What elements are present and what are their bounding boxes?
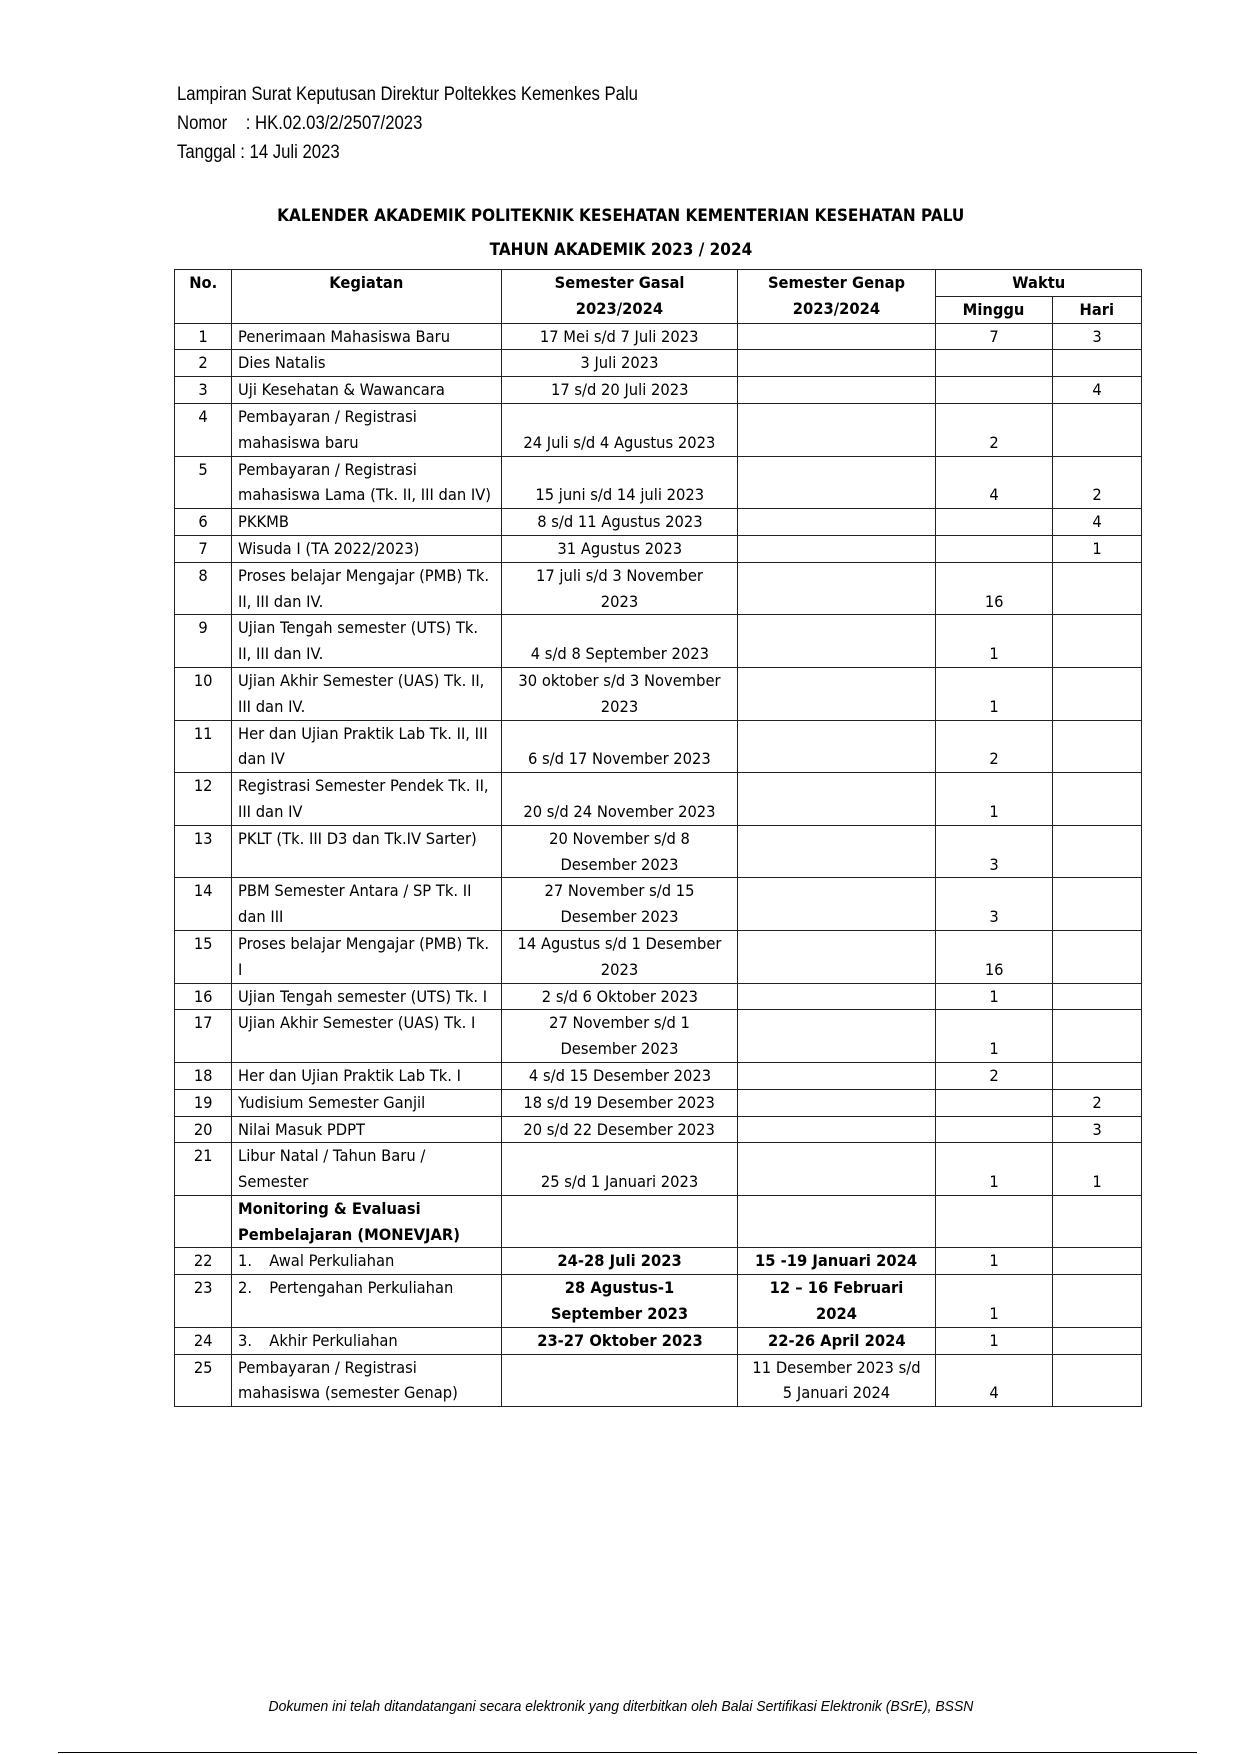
row-minggu bbox=[936, 350, 1053, 377]
electronic-signature-note: Dokumen ini telah ditandatangani secara … bbox=[0, 1698, 1241, 1715]
row-number: 17 bbox=[175, 1010, 232, 1063]
table-row: 7Wisuda I (TA 2022/2023)31 Agustus 20231 bbox=[175, 535, 1142, 562]
row-hari: 3 bbox=[1053, 323, 1142, 350]
row-kegiatan: Yudisium Semester Ganjil bbox=[232, 1089, 502, 1116]
row-hari bbox=[1053, 350, 1142, 377]
row-number: 25 bbox=[175, 1354, 232, 1407]
row-semester-genap bbox=[738, 350, 936, 377]
row-minggu: 4 bbox=[936, 1354, 1053, 1407]
row-number: 15 bbox=[175, 930, 232, 983]
row-number: 2 bbox=[175, 350, 232, 377]
row-semester-gasal: 2 s/d 6 Oktober 2023 bbox=[502, 983, 738, 1010]
row-semester-genap: 12 – 16 Februari 2024 bbox=[738, 1275, 936, 1328]
empty-cell bbox=[1053, 1195, 1142, 1248]
row-kegiatan: Pembayaran / Registrasi mahasiswa baru bbox=[232, 403, 502, 456]
table-row: 8Proses belajar Mengajar (PMB) Tk. II, I… bbox=[175, 562, 1142, 615]
row-semester-genap bbox=[738, 773, 936, 826]
table-row: 221.Awal Perkuliahan24-28 Juli 202315 -1… bbox=[175, 1248, 1142, 1275]
row-number: 22 bbox=[175, 1248, 232, 1275]
row-semester-gasal: 20 s/d 24 November 2023 bbox=[502, 773, 738, 826]
row-kegiatan: 2.Pertengahan Perkuliahan bbox=[232, 1275, 502, 1328]
row-semester-gasal: 17 Mei s/d 7 Juli 2023 bbox=[502, 323, 738, 350]
empty-cell bbox=[738, 1195, 936, 1248]
row-minggu: 2 bbox=[936, 1062, 1053, 1089]
row-semester-gasal bbox=[502, 1354, 738, 1407]
table-row: 12Registrasi Semester Pendek Tk. II, III… bbox=[175, 773, 1142, 826]
row-semester-genap: 11 Desember 2023 s/d 5 Januari 2024 bbox=[738, 1354, 936, 1407]
row-number: 7 bbox=[175, 535, 232, 562]
row-semester-gasal: 23-27 Oktober 2023 bbox=[502, 1327, 738, 1354]
row-kegiatan: Libur Natal / Tahun Baru / Semester bbox=[232, 1143, 502, 1196]
table-row: 3Uji Kesehatan & Wawancara17 s/d 20 Juli… bbox=[175, 377, 1142, 404]
tanggal-label: Tanggal : bbox=[177, 142, 245, 163]
row-semester-gasal: 20 November s/d 8 Desember 2023 bbox=[502, 825, 738, 878]
row-kegiatan: Nilai Masuk PDPT bbox=[232, 1116, 502, 1143]
letter-header-nomor: Nomor : HK.02.03/2/2507/2023 bbox=[177, 109, 638, 138]
header-waktu: Waktu bbox=[936, 270, 1142, 297]
row-minggu bbox=[936, 535, 1053, 562]
row-kegiatan: PKKMB bbox=[232, 509, 502, 536]
row-minggu: 16 bbox=[936, 930, 1053, 983]
row-minggu: 1 bbox=[936, 1327, 1053, 1354]
row-semester-gasal: 25 s/d 1 Januari 2023 bbox=[502, 1143, 738, 1196]
header-semester-genap: Semester Genap2023/2024 bbox=[738, 270, 936, 324]
footer-divider bbox=[58, 1752, 1197, 1753]
row-semester-gasal: 30 oktober s/d 3 November 2023 bbox=[502, 667, 738, 720]
row-minggu: 3 bbox=[936, 825, 1053, 878]
table-row: 16Ujian Tengah semester (UTS) Tk. I2 s/d… bbox=[175, 983, 1142, 1010]
table-row: 243.Akhir Perkuliahan23-27 Oktober 20232… bbox=[175, 1327, 1142, 1354]
row-semester-genap bbox=[738, 1143, 936, 1196]
list-index: 1. bbox=[238, 1248, 269, 1274]
row-hari bbox=[1053, 878, 1142, 931]
table-row: 25Pembayaran / Registrasi mahasiswa (sem… bbox=[175, 1354, 1142, 1407]
row-semester-genap bbox=[738, 456, 936, 509]
row-hari: 1 bbox=[1053, 535, 1142, 562]
row-hari: 4 bbox=[1053, 377, 1142, 404]
row-hari bbox=[1053, 615, 1142, 668]
row-semester-gasal: 24 Juli s/d 4 Agustus 2023 bbox=[502, 403, 738, 456]
header-hari: Hari bbox=[1053, 296, 1142, 323]
row-minggu bbox=[936, 1116, 1053, 1143]
row-number: 4 bbox=[175, 403, 232, 456]
table-row: 17Ujian Akhir Semester (UAS) Tk. I27 Nov… bbox=[175, 1010, 1142, 1063]
row-semester-genap bbox=[738, 667, 936, 720]
table-row: 21Libur Natal / Tahun Baru / Semester25 … bbox=[175, 1143, 1142, 1196]
row-semester-gasal: 6 s/d 17 November 2023 bbox=[502, 720, 738, 773]
row-minggu: 16 bbox=[936, 562, 1053, 615]
row-minggu: 4 bbox=[936, 456, 1053, 509]
table-row: 2Dies Natalis3 Juli 2023 bbox=[175, 350, 1142, 377]
table-row: 4Pembayaran / Registrasi mahasiswa baru2… bbox=[175, 403, 1142, 456]
row-number: 13 bbox=[175, 825, 232, 878]
table-row: 13PKLT (Tk. III D3 dan Tk.IV Sarter)20 N… bbox=[175, 825, 1142, 878]
row-number: 23 bbox=[175, 1275, 232, 1328]
row-semester-gasal: 27 November s/d 15 Desember 2023 bbox=[502, 878, 738, 931]
row-number: 16 bbox=[175, 983, 232, 1010]
row-hari: 2 bbox=[1053, 456, 1142, 509]
row-hari bbox=[1053, 1275, 1142, 1328]
row-number: 19 bbox=[175, 1089, 232, 1116]
row-hari bbox=[1053, 720, 1142, 773]
row-kegiatan: Ujian Akhir Semester (UAS) Tk. I bbox=[232, 1010, 502, 1063]
row-minggu: 1 bbox=[936, 1275, 1053, 1328]
row-number: 12 bbox=[175, 773, 232, 826]
table-header-row: No. Kegiatan Semester Gasal2023/2024 Sem… bbox=[175, 270, 1142, 297]
row-semester-genap bbox=[738, 1116, 936, 1143]
letter-header: Lampiran Surat Keputusan Direktur Poltek… bbox=[177, 80, 638, 167]
row-kegiatan: PBM Semester Antara / SP Tk. II dan III bbox=[232, 878, 502, 931]
row-semester-genap bbox=[738, 825, 936, 878]
monevjar-heading: Monitoring & Evaluasi Pembelajaran (MONE… bbox=[232, 1195, 502, 1248]
table-row: 1Penerimaan Mahasiswa Baru17 Mei s/d 7 J… bbox=[175, 323, 1142, 350]
row-semester-gasal: 27 November s/d 1 Desember 2023 bbox=[502, 1010, 738, 1063]
row-semester-gasal: 4 s/d 15 Desember 2023 bbox=[502, 1062, 738, 1089]
row-kegiatan: Ujian Tengah semester (UTS) Tk. I bbox=[232, 983, 502, 1010]
row-minggu: 1 bbox=[936, 773, 1053, 826]
row-number: 24 bbox=[175, 1327, 232, 1354]
row-hari bbox=[1053, 1354, 1142, 1407]
table-row: 19Yudisium Semester Ganjil18 s/d 19 Dese… bbox=[175, 1089, 1142, 1116]
row-hari bbox=[1053, 403, 1142, 456]
row-hari bbox=[1053, 1248, 1142, 1275]
empty-cell bbox=[502, 1195, 738, 1248]
row-number: 18 bbox=[175, 1062, 232, 1089]
table-row: 9Ujian Tengah semester (UTS) Tk. II, III… bbox=[175, 615, 1142, 668]
row-semester-genap bbox=[738, 1062, 936, 1089]
row-semester-genap: 15 -19 Januari 2024 bbox=[738, 1248, 936, 1275]
row-number: 9 bbox=[175, 615, 232, 668]
row-semester-genap: 22-26 April 2024 bbox=[738, 1327, 936, 1354]
row-minggu: 1 bbox=[936, 1010, 1053, 1063]
row-kegiatan: Proses belajar Mengajar (PMB) Tk. I bbox=[232, 930, 502, 983]
row-minggu: 2 bbox=[936, 720, 1053, 773]
table-row: 14PBM Semester Antara / SP Tk. II dan II… bbox=[175, 878, 1142, 931]
table-row: 11Her dan Ujian Praktik Lab Tk. II, III … bbox=[175, 720, 1142, 773]
row-number: 6 bbox=[175, 509, 232, 536]
row-hari bbox=[1053, 1327, 1142, 1354]
table-row: 5Pembayaran / Registrasi mahasiswa Lama … bbox=[175, 456, 1142, 509]
row-semester-gasal: 17 juli s/d 3 November 2023 bbox=[502, 562, 738, 615]
row-kegiatan: Pembayaran / Registrasi mahasiswa (semes… bbox=[232, 1354, 502, 1407]
row-semester-gasal: 14 Agustus s/d 1 Desember 2023 bbox=[502, 930, 738, 983]
row-semester-genap bbox=[738, 562, 936, 615]
table-row: 10Ujian Akhir Semester (UAS) Tk. II, III… bbox=[175, 667, 1142, 720]
row-kegiatan: Registrasi Semester Pendek Tk. II, III d… bbox=[232, 773, 502, 826]
row-number bbox=[175, 1195, 232, 1248]
row-hari bbox=[1053, 983, 1142, 1010]
row-semester-genap bbox=[738, 615, 936, 668]
row-number: 3 bbox=[175, 377, 232, 404]
row-semester-genap bbox=[738, 1089, 936, 1116]
row-semester-genap bbox=[738, 878, 936, 931]
list-text: Awal Perkuliahan bbox=[269, 1248, 394, 1274]
row-kegiatan: Wisuda I (TA 2022/2023) bbox=[232, 535, 502, 562]
empty-cell bbox=[936, 1195, 1053, 1248]
row-number: 20 bbox=[175, 1116, 232, 1143]
row-kegiatan: 1.Awal Perkuliahan bbox=[232, 1248, 502, 1275]
row-kegiatan: Proses belajar Mengajar (PMB) Tk. II, II… bbox=[232, 562, 502, 615]
row-minggu: 7 bbox=[936, 323, 1053, 350]
row-number: 11 bbox=[175, 720, 232, 773]
row-kegiatan: Her dan Ujian Praktik Lab Tk. II, III da… bbox=[232, 720, 502, 773]
row-semester-gasal: 18 s/d 19 Desember 2023 bbox=[502, 1089, 738, 1116]
row-hari bbox=[1053, 1062, 1142, 1089]
letter-header-tanggal: Tanggal : 14 Juli 2023 bbox=[177, 138, 638, 167]
row-number: 1 bbox=[175, 323, 232, 350]
row-minggu: 1 bbox=[936, 983, 1053, 1010]
row-semester-gasal: 3 Juli 2023 bbox=[502, 350, 738, 377]
nomor-value: HK.02.03/2/2507/2023 bbox=[255, 113, 422, 134]
row-number: 14 bbox=[175, 878, 232, 931]
table-row: 18Her dan Ujian Praktik Lab Tk. I4 s/d 1… bbox=[175, 1062, 1142, 1089]
row-semester-genap bbox=[738, 509, 936, 536]
academic-calendar-table: No. Kegiatan Semester Gasal2023/2024 Sem… bbox=[174, 269, 1142, 1407]
row-hari: 3 bbox=[1053, 1116, 1142, 1143]
monevjar-heading-row: Monitoring & Evaluasi Pembelajaran (MONE… bbox=[175, 1195, 1142, 1248]
row-semester-gasal: 20 s/d 22 Desember 2023 bbox=[502, 1116, 738, 1143]
row-semester-genap bbox=[738, 1010, 936, 1063]
row-semester-gasal: 31 Agustus 2023 bbox=[502, 535, 738, 562]
row-hari: 4 bbox=[1053, 509, 1142, 536]
row-semester-genap bbox=[738, 535, 936, 562]
list-text: Akhir Perkuliahan bbox=[269, 1328, 397, 1354]
header-no: No. bbox=[175, 270, 232, 324]
table-row: 20Nilai Masuk PDPT20 s/d 22 Desember 202… bbox=[175, 1116, 1142, 1143]
row-hari bbox=[1053, 773, 1142, 826]
row-semester-gasal: 28 Agustus-1 September 2023 bbox=[502, 1275, 738, 1328]
row-hari bbox=[1053, 667, 1142, 720]
row-semester-gasal: 8 s/d 11 Agustus 2023 bbox=[502, 509, 738, 536]
row-number: 5 bbox=[175, 456, 232, 509]
row-kegiatan: PKLT (Tk. III D3 dan Tk.IV Sarter) bbox=[232, 825, 502, 878]
document-subtitle: TAHUN AKADEMIK 2023 / 2024 bbox=[0, 240, 1241, 260]
row-semester-gasal: 24-28 Juli 2023 bbox=[502, 1248, 738, 1275]
row-minggu bbox=[936, 377, 1053, 404]
row-number: 21 bbox=[175, 1143, 232, 1196]
row-minggu: 1 bbox=[936, 667, 1053, 720]
header-kegiatan: Kegiatan bbox=[232, 270, 502, 324]
row-semester-gasal: 17 s/d 20 Juli 2023 bbox=[502, 377, 738, 404]
row-semester-genap bbox=[738, 403, 936, 456]
row-kegiatan: Her dan Ujian Praktik Lab Tk. I bbox=[232, 1062, 502, 1089]
row-minggu bbox=[936, 509, 1053, 536]
row-kegiatan: Ujian Tengah semester (UTS) Tk. II, III … bbox=[232, 615, 502, 668]
document-title: KALENDER AKADEMIK POLITEKNIK KESEHATAN K… bbox=[0, 206, 1241, 226]
row-minggu: 1 bbox=[936, 615, 1053, 668]
row-hari bbox=[1053, 562, 1142, 615]
row-minggu: 2 bbox=[936, 403, 1053, 456]
row-kegiatan: Penerimaan Mahasiswa Baru bbox=[232, 323, 502, 350]
header-semester-gasal: Semester Gasal2023/2024 bbox=[502, 270, 738, 324]
list-text: Pertengahan Perkuliahan bbox=[269, 1275, 453, 1301]
row-minggu bbox=[936, 1089, 1053, 1116]
row-semester-genap bbox=[738, 323, 936, 350]
row-semester-genap bbox=[738, 377, 936, 404]
row-kegiatan: 3.Akhir Perkuliahan bbox=[232, 1327, 502, 1354]
row-semester-genap bbox=[738, 720, 936, 773]
row-kegiatan: Pembayaran / Registrasi mahasiswa Lama (… bbox=[232, 456, 502, 509]
list-index: 3. bbox=[238, 1328, 269, 1354]
row-semester-gasal: 15 juni s/d 14 juli 2023 bbox=[502, 456, 738, 509]
nomor-label: Nomor : bbox=[177, 113, 250, 134]
header-minggu: Minggu bbox=[936, 296, 1053, 323]
row-number: 10 bbox=[175, 667, 232, 720]
row-kegiatan: Ujian Akhir Semester (UAS) Tk. II, III d… bbox=[232, 667, 502, 720]
table-row: 15Proses belajar Mengajar (PMB) Tk. I14 … bbox=[175, 930, 1142, 983]
row-semester-genap bbox=[738, 983, 936, 1010]
row-hari: 1 bbox=[1053, 1143, 1142, 1196]
tanggal-value: 14 Juli 2023 bbox=[250, 142, 340, 163]
row-hari bbox=[1053, 930, 1142, 983]
row-kegiatan: Dies Natalis bbox=[232, 350, 502, 377]
list-index: 2. bbox=[238, 1275, 269, 1301]
row-minggu: 1 bbox=[936, 1248, 1053, 1275]
row-minggu: 1 bbox=[936, 1143, 1053, 1196]
row-hari: 2 bbox=[1053, 1089, 1142, 1116]
row-number: 8 bbox=[175, 562, 232, 615]
row-semester-genap bbox=[738, 930, 936, 983]
table-row: 6PKKMB8 s/d 11 Agustus 20234 bbox=[175, 509, 1142, 536]
row-hari bbox=[1053, 1010, 1142, 1063]
row-minggu: 3 bbox=[936, 878, 1053, 931]
row-hari bbox=[1053, 825, 1142, 878]
row-kegiatan: Uji Kesehatan & Wawancara bbox=[232, 377, 502, 404]
row-semester-gasal: 4 s/d 8 September 2023 bbox=[502, 615, 738, 668]
letter-header-title: Lampiran Surat Keputusan Direktur Poltek… bbox=[177, 80, 638, 109]
table-row: 232.Pertengahan Perkuliahan28 Agustus-1 … bbox=[175, 1275, 1142, 1328]
